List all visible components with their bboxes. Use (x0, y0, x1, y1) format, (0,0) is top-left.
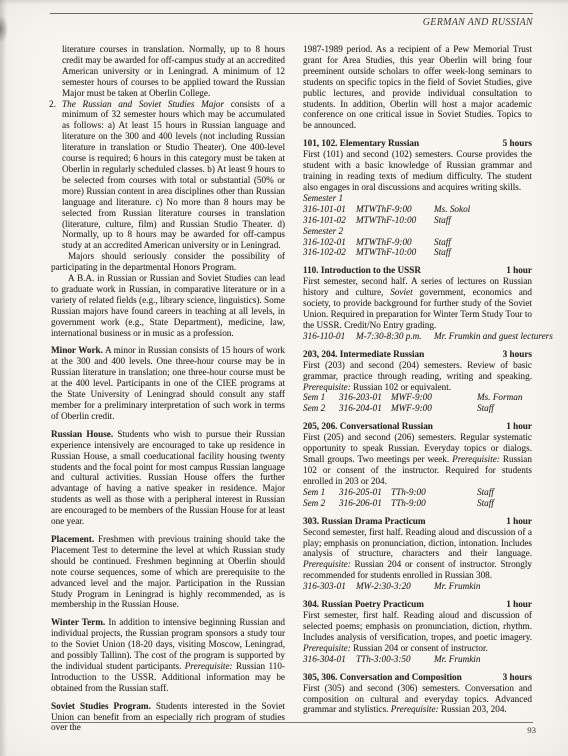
semester-label: Sem 1 (303, 392, 339, 403)
course-title: 205, 206. Conversational Russian (303, 421, 433, 432)
instructor-name: Staff (477, 487, 532, 498)
course-description: First semester, first half. Reading alou… (303, 610, 532, 654)
instructor-name: Ms. Sokol (434, 204, 532, 215)
text-run: Freshmen with previous training should t… (51, 534, 285, 609)
course-code: 316-303-01 (303, 581, 356, 592)
semester-label: Sem 1 (303, 487, 339, 498)
course-code: 316-101-02 (303, 215, 356, 226)
page-body: literature courses in translation. Norma… (51, 44, 532, 733)
course-code: 316-101-01 (303, 204, 356, 215)
semester-subheading: Semester 1 (303, 193, 532, 204)
bold-lead: Placement. (51, 534, 94, 544)
italic-text: Soviet (390, 287, 412, 297)
semester-label: Sem 2 (303, 498, 339, 509)
paragraph: literature courses in translation. Norma… (51, 44, 285, 99)
paragraph: Russian House. Students who wish to purs… (51, 429, 285, 527)
course-heading: 110. Introduction to the USSR1 hour (303, 265, 532, 276)
schedule-row: Sem 1316-203-01MWF-9:00Ms. Forman (303, 392, 532, 403)
course-description: First (101) and second (102) semesters. … (303, 149, 532, 193)
meeting-time: M-7:30-8:30 p.m. (356, 331, 434, 342)
meeting-time: MWF-9:00 (391, 403, 477, 414)
schedule-row: 316-110-01M-7:30-8:30 p.m.Mr. Frumkin an… (303, 331, 532, 342)
text-run: First (101) and second (102) semesters. … (303, 149, 532, 192)
schedule-row: 316-102-02MTWThF-10:00Staff (303, 247, 532, 258)
course-code: 316-203-01 (339, 392, 391, 403)
course-entry: 203, 204. Intermediate Russian3 hoursFir… (303, 349, 532, 415)
course-title: 305, 306. Conversation and Composition (303, 672, 462, 683)
paragraph: Minor Work. A minor in Russian consists … (51, 345, 285, 421)
meeting-time: MTWThF-9:00 (356, 204, 434, 215)
course-entry: 110. Introduction to the USSR1 hourFirst… (303, 265, 532, 341)
text-run: First semester, first half. Reading alou… (303, 610, 532, 642)
course-hours: 3 hours (503, 672, 532, 683)
course-heading: 205, 206. Conversational Russian1 hour (303, 421, 532, 432)
text-run: Majors should seriously consider the pos… (51, 251, 285, 272)
header-rule (50, 13, 533, 14)
course-entry: 305, 306. Conversation and Composition3 … (303, 672, 532, 716)
text-run: Students who wish to pursue their Russia… (51, 429, 285, 526)
meeting-time: MW-2:30-3:20 (356, 581, 434, 592)
scan-artifact (0, 15, 8, 43)
instructor-name: Ms. Forman (477, 392, 532, 403)
course-code: 316-102-01 (303, 237, 356, 248)
instructor-name: Staff (434, 247, 532, 258)
page-header-title: GERMAN AND RUSSIAN (423, 17, 533, 28)
course-entry: 303. Russian Drama Practicum1 hourSecond… (303, 516, 532, 592)
course-hours: 1 hour (506, 599, 532, 610)
bold-lead: Minor Work. (51, 345, 103, 355)
paragraph: A B.A. in Russian or Russian and Soviet … (51, 273, 285, 338)
text-run: Russian 203, 204. (439, 704, 507, 714)
text-run: Russian 204 or consent of instructor. (351, 643, 488, 653)
scan-edge-shading (0, 0, 7, 756)
italic-text: Prerequisite: (303, 382, 351, 392)
course-description: First (305) and second (306) semesters. … (303, 683, 532, 716)
schedule-row: Sem 1316-205-01TTh-9:00Staff (303, 487, 532, 498)
instructor-name: Staff (434, 215, 532, 226)
schedule-row: 316-101-02MTWThF-10:00Staff (303, 215, 532, 226)
course-heading: 305, 306. Conversation and Composition3 … (303, 672, 532, 683)
course-hours: 5 hours (503, 138, 532, 149)
course-code: 316-204-01 (339, 403, 391, 414)
schedule-row: 316-304-01TTh-3:00-3:50Mr. Frumkin (303, 654, 532, 665)
course-code: 316-304-01 (303, 654, 356, 665)
text-run: Second semester, first half. Reading alo… (303, 527, 532, 559)
text-run: A minor in Russian consists of 15 hours … (51, 345, 285, 420)
italic-text: Prerequisite: (391, 704, 439, 714)
italic-text: Prerequisite: (303, 643, 351, 653)
course-code: 316-102-02 (303, 247, 356, 258)
catalog-page: GERMAN AND RUSSIAN literature courses in… (0, 0, 568, 756)
paragraph: Majors should seriously consider the pos… (51, 251, 285, 273)
bold-lead: Russian House. (51, 429, 113, 439)
page-number: 93 (527, 725, 536, 735)
meeting-time: TTh-3:00-3:50 (356, 654, 434, 665)
schedule-row: 316-303-01MW-2:30-3:20Mr. Frumkin (303, 581, 532, 592)
meeting-time: TTh-9:00 (391, 487, 477, 498)
paragraph: Soviet Studies Program. Students interes… (51, 701, 285, 734)
instructor-name: Mr. Frumkin (434, 581, 532, 592)
course-heading: 101, 102. Elementary Russian5 hours (303, 138, 532, 149)
semester-subheading: Semester 2 (303, 226, 532, 237)
italic-text: Prerequisite: (452, 454, 500, 464)
schedule-row: Sem 2316-206-01TTh-9:00Staff (303, 498, 532, 509)
course-title: 101, 102. Elementary Russian (303, 138, 419, 149)
bold-lead: Soviet Studies Program. (51, 701, 151, 711)
course-entry: 304. Russian Poetry Practicum1 hourFirst… (303, 599, 532, 665)
italic-text: Prerequisite: (303, 559, 351, 569)
footer-rule (51, 722, 533, 723)
meeting-time: TTh-9:00 (391, 498, 477, 509)
paragraph: 1987-1989 period. As a recipient of a Pe… (303, 44, 532, 131)
meeting-time: MWF-9:00 (391, 392, 477, 403)
right-column: 1987-1989 period. As a recipient of a Pe… (303, 44, 532, 733)
course-title: 304. Russian Poetry Practicum (303, 599, 424, 610)
instructor-name: Mr. Frumkin and guest lecturers (434, 331, 532, 342)
schedule-row: 316-101-01MTWThF-9:00Ms. Sokol (303, 204, 532, 215)
text-run: 1987-1989 period. As a recipient of a Pe… (303, 44, 532, 130)
course-title: 303. Russian Drama Practicum (303, 516, 426, 527)
meeting-time: MTWThF-10:00 (356, 247, 434, 258)
text-run: Russian 102 or equivalent. (351, 382, 451, 392)
meeting-time: MTWThF-9:00 (356, 237, 434, 248)
schedule-row: 316-102-01MTWThF-9:00Staff (303, 237, 532, 248)
course-description: First (205) and second (206) semesters. … (303, 432, 532, 487)
instructor-name: Staff (477, 498, 532, 509)
instructor-name: Mr. Frumkin (434, 654, 532, 665)
schedule-row: Sem 2316-204-01MWF-9:00Staff (303, 403, 532, 414)
course-title: 203, 204. Intermediate Russian (303, 349, 424, 360)
text-run: First (203) and second (204) semesters. … (303, 360, 532, 381)
instructor-name: Staff (477, 403, 532, 414)
italic-text: Prerequisite: (185, 661, 233, 671)
scan-top-shading (0, 0, 568, 5)
italic-text: The Russian and Soviet Studies Major (62, 99, 224, 109)
course-entry: 205, 206. Conversational Russian1 hourFi… (303, 421, 532, 508)
text-run: A B.A. in Russian or Russian and Soviet … (51, 273, 285, 338)
instructor-name: Staff (434, 237, 532, 248)
course-entry: 101, 102. Elementary Russian5 hoursFirst… (303, 138, 532, 258)
course-description: Second semester, first half. Reading alo… (303, 527, 532, 582)
course-heading: 203, 204. Intermediate Russian3 hours (303, 349, 532, 360)
course-description: First (203) and second (204) semesters. … (303, 360, 532, 393)
semester-label: Sem 2 (303, 403, 339, 414)
course-heading: 303. Russian Drama Practicum1 hour (303, 516, 532, 527)
course-code: 316-206-01 (339, 498, 391, 509)
course-hours: 3 hours (503, 349, 532, 360)
paragraph: Placement. Freshmen with previous traini… (51, 534, 285, 610)
course-heading: 304. Russian Poetry Practicum1 hour (303, 599, 532, 610)
left-column: literature courses in translation. Norma… (51, 44, 285, 733)
text-run: consists of a minimum of 32 semester hou… (62, 99, 285, 251)
text-run: literature courses in translation. Norma… (62, 44, 285, 98)
course-hours: 1 hour (506, 421, 532, 432)
numbered-list-item: 2.The Russian and Soviet Studies Major c… (51, 99, 285, 252)
meeting-time: MTWThF-10:00 (356, 215, 434, 226)
course-code: 316-205-01 (339, 487, 391, 498)
list-number: 2. (49, 99, 56, 110)
course-code: 316-110-01 (303, 331, 356, 342)
paragraph: Winter Term. In addition to intensive be… (51, 617, 285, 693)
course-hours: 1 hour (506, 265, 532, 276)
course-title: 110. Introduction to the USSR (303, 265, 421, 276)
bold-lead: Winter Term. (51, 617, 105, 627)
course-hours: 1 hour (506, 516, 532, 527)
course-description: First semester, second half. A series of… (303, 276, 532, 331)
